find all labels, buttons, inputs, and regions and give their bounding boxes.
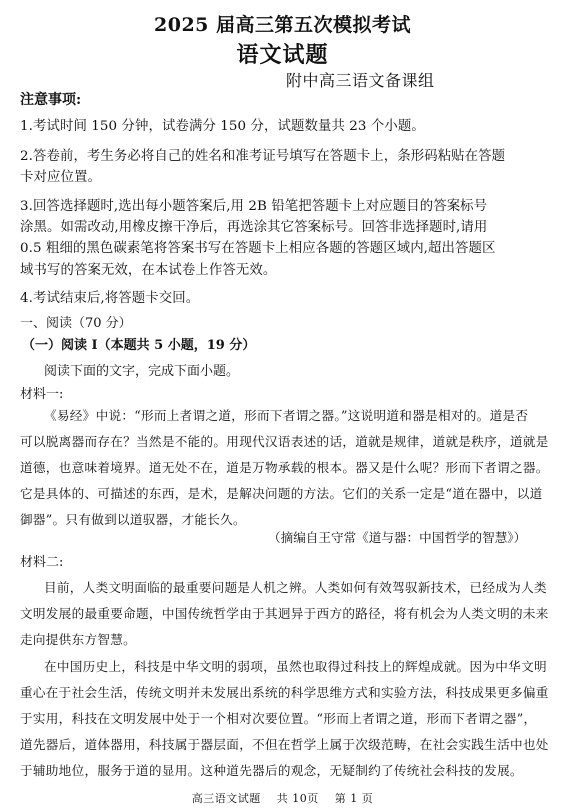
material-one-source: （摘编自王守常《道与器：中国哲学的智慧》） xyxy=(268,527,526,546)
material-two-line: 目前，人类文明面临的最重要问题是人机之辨。人类如何有效驾驭新技术，已经成为人类 xyxy=(44,577,547,596)
reading-instruction: 阅读下面的文字，完成下面小题。 xyxy=(44,360,239,379)
exam-title: 2025 届高三第五次模拟考试 xyxy=(0,10,565,37)
material-two-line: 重心在于社会生活，传统文明并未发展出系统的科学思维方式和实验方法，科技成果更多偏… xyxy=(20,682,549,701)
material-two-line: 于辅助地位，服务于道的显用。这种道先器后的观念，无疑制约了传统社会科技的发展。 xyxy=(20,760,523,779)
material-one-line: 《易经》中说：“形而上者谓之道，形而下者谓之器。”这说明道和器是相对的。道是否 xyxy=(44,405,528,424)
notice-line: 域书写的答案无效，在本试卷上作答无效。 xyxy=(20,259,276,278)
notice-line: 0.5 粗细的黑色碳素笔将答案书写在答题卡上相应各题的答题区域内,超出答题区 xyxy=(20,237,496,256)
section-title: 一、阅读（70 分） xyxy=(20,312,132,331)
material-one-line: 它是具体的、可描述的东西，是术，是解决问题的方法。它们的关系一定是“道在器中，以… xyxy=(20,483,543,502)
material-two-line: 文明发展的最重要命题，中国传统哲学由于其迥异于西方的路径，将有机会为人类文明的未… xyxy=(20,603,549,622)
material-one-line: 可以脱离器而存在？当然是不能的。用现代汉语表述的话，道就是规律，道就是秩序，道就… xyxy=(20,431,549,450)
material-one-label: 材料一: xyxy=(20,383,63,402)
material-two-line: 在中国历史上，科技是中华文明的弱项，虽然也取得过科技上的辉煌成就。因为中华文明 xyxy=(44,656,547,675)
material-one-line: 御器”。只有做到以道驭器，才能长久。 xyxy=(20,509,246,528)
material-one-line: 道德，也意味着境界。道无处不在，道是万物承载的根本。器又是什么呢？形而下者谓之器… xyxy=(20,457,549,476)
footer-subject: 高三语文试题 xyxy=(192,792,261,805)
author-group: 附中高三语文备课组 xyxy=(286,68,435,91)
material-two-line: 走向提供东方智慧。 xyxy=(20,629,136,648)
material-two-line: 于实用，科技在文明发展中处于一个相对次要位置。“形而上者谓之道，形而下者谓之器”… xyxy=(20,708,536,727)
notice-line: 3.回答选择题时,选出每小题答案后,用 2B 铅笔把答题卡上对应题目的答案标号 xyxy=(20,195,487,214)
notice-line: 2.答卷前，考生务必将自己的姓名和准考证号填写在答题卡上，条形码粘贴在答题 xyxy=(20,145,505,164)
notice-heading: 注意事项: xyxy=(20,89,81,109)
subject-title: 语文试题 xyxy=(0,38,565,69)
footer-page-number: 第 1 页 xyxy=(335,792,374,805)
page-footer: 高三语文试题 共 10页 第 1 页 xyxy=(0,790,565,806)
notice-line: 4.考试结束后,将答题卡交回。 xyxy=(20,287,199,306)
notice-line: 涂黑。如需改动,用橡皮擦干净后，再选涂其它答案标号。回答非选择题时,请用 xyxy=(20,216,487,235)
subsection-title: （一）阅读 I（本题共 5 小题，19 分） xyxy=(22,334,255,353)
material-two-label: 材料二: xyxy=(20,551,63,570)
notice-line: 1.考试时间 150 分钟，试卷满分 150 分，试题数量共 23 个小题。 xyxy=(20,115,425,134)
notice-line: 卡对应位置。 xyxy=(20,166,101,185)
footer-total-pages: 共 10页 xyxy=(277,792,319,805)
material-two-line: 道先器后，道体器用，科技属于器层面，不但在哲学上属于次级范畴，在社会实践生活中也… xyxy=(20,734,549,753)
